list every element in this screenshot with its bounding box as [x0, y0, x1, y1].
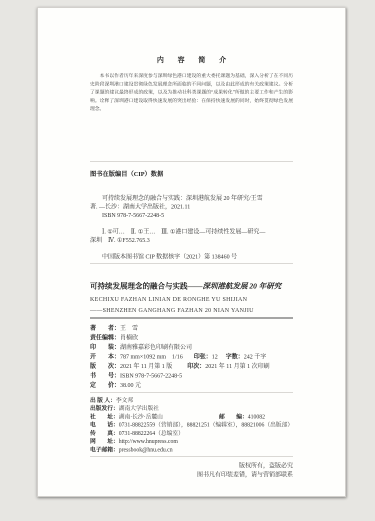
publisher-row-address: 社 址：湖南·长沙·岳麓山邮 编：410082	[90, 413, 293, 421]
detail-label-impression: 印次：	[187, 362, 205, 369]
publisher-row-fax: 传 真：0731-88822264（总编室）	[90, 429, 293, 437]
publisher-value: 湖南·长沙·岳麓山	[119, 414, 163, 420]
book-title-main: 可持续发展理念的融合与实践	[90, 282, 188, 290]
publisher-info-list: 出 版 人：李文邦 出版发行：湖南大学出版社 社 址：湖南·长沙·岳麓山邮 编：…	[90, 396, 293, 454]
intro-paragraph: 本书以作者历年来深度参与深圳绿色港口建设的重大委托课题为基础，深入分析了在不同历…	[90, 72, 293, 113]
misprint-notice: 图书凡有印装差错，请与营销部联系	[90, 470, 293, 479]
footer-notices: 版权所有，盗版必究 图书凡有印装差错，请与营销部联系	[90, 462, 293, 480]
publisher-value: 0731-88822264（总编室）	[119, 430, 184, 436]
publisher-row-email: 电子邮箱：pressbook@hnu.edu.cn	[90, 446, 293, 454]
publisher-value: 李文邦	[116, 397, 133, 403]
detail-row-editor: 责任编辑：肖楠欣	[90, 333, 293, 343]
detail-label: 责任编辑：	[90, 334, 120, 341]
detail-row-edition: 版 次：2021 年 11 月第 1 版印次：2021 年 11 月第 1 次印…	[90, 361, 293, 371]
cip-classification-block: Ⅰ. ①可… Ⅱ. ①王… Ⅲ. ①港口建设—可持续性发展—研究— 深圳 Ⅳ. …	[90, 227, 293, 244]
publisher-label: 出版发行：	[90, 406, 119, 412]
detail-row-price: 定 价：38.00 元	[90, 380, 293, 390]
postcode-label: 邮 编：	[219, 414, 248, 420]
publisher-value: http://www.hnupress.com	[119, 439, 178, 445]
detail-value: 肖楠欣	[120, 334, 138, 341]
detail-row-format: 开 本：787 mm×1092 mm 1/16印张：12字数：242 千字	[90, 352, 293, 362]
publisher-value: pressbook@hnu.edu.cn	[119, 447, 173, 453]
detail-label: 定 价：	[90, 381, 120, 388]
cip-record-block: 中国版本图书馆 CIP 数据核字（2021）第 138460 号	[90, 252, 293, 261]
detail-value: ISBN 978-7-5667-2248-5	[120, 372, 182, 379]
book-title: 可持续发展理念的融合与实践——深圳港航发展 20 年研究	[90, 281, 293, 291]
publisher-label: 社 址：	[90, 414, 119, 420]
detail-row-isbn: 书 号：ISBN 978-7-5667-2248-5	[90, 371, 293, 381]
detail-label: 书 号：	[90, 372, 120, 379]
publisher-value: 湖南大学出版社	[119, 406, 159, 412]
detail-label-sheets: 印张：	[194, 353, 212, 360]
publisher-row-website: 网 址：http://www.hnupress.com	[90, 438, 293, 446]
publisher-label: 传 真：	[90, 430, 119, 436]
book-copyright-page: 内 容 简 介 本书以作者历年来深度参与深圳绿色港口建设的重大委托课题为基础，深…	[37, 7, 346, 497]
divider-below-title	[90, 317, 293, 318]
detail-value: 湖南雅嘉彩色印刷有限公司	[120, 343, 192, 350]
publisher-value: 0731-88822559（营销部），88821251（编辑室），8882100…	[119, 422, 293, 428]
divider-below-cip	[90, 263, 293, 264]
divider-above-cip	[90, 161, 293, 162]
cip-entry-line1: 可持续发展理念的融合与实践：深圳港航发展 20 年研究/王雪	[90, 194, 293, 203]
page-content: 内 容 简 介 本书以作者历年来深度参与深圳绿色港口建设的重大委托课题为基础，深…	[38, 8, 346, 479]
postcode-value: 410082	[248, 414, 265, 420]
detail-label: 开 本：	[90, 353, 120, 360]
book-title-subtitle: ——深圳港航发展 20 年研究	[188, 282, 282, 290]
detail-value: 787 mm×1092 mm 1/16	[120, 353, 183, 360]
detail-value-impression: 2021 年 11 月第 1 次印刷	[205, 362, 269, 369]
cip-entry-block: 可持续发展理念的融合与实践：深圳港航发展 20 年研究/王雪 著. —长沙：湖南…	[90, 194, 293, 220]
intro-heading: 内 容 简 介	[90, 56, 293, 65]
detail-value-sheets: 12	[212, 353, 218, 360]
imprint-details-list: 著 者：王 雪 责任编辑：肖楠欣 印 装：湖南雅嘉彩色印刷有限公司 开 本：78…	[90, 323, 293, 390]
cip-record-number: 中国版本图书馆 CIP 数据核字（2021）第 138460 号	[90, 252, 293, 261]
detail-label: 印 装：	[90, 343, 120, 350]
cip-heading: 图书在版编目（CIP）数据	[90, 170, 293, 178]
cip-class-line2: 深圳 Ⅳ. ①F552.765.3	[90, 236, 293, 245]
detail-value: 2021 年 11 月第 1 版	[120, 362, 172, 369]
publisher-row-house: 出版发行：湖南大学出版社	[90, 405, 293, 413]
cip-isbn-line: ISBN 978-7-5667-2248-5	[90, 211, 293, 220]
divider-above-publisher	[90, 392, 293, 393]
detail-value: 38.00 元	[120, 381, 141, 388]
screenshot-background: { "intro": { "heading": "内 容 简 介", "body…	[0, 0, 375, 521]
publisher-label: 网 址：	[90, 439, 119, 445]
pinyin-title-line1: KECHIXU FAZHAN LINIAN DE RONGHE YU SHIJI…	[90, 295, 293, 302]
postcode-pair: 邮 编：410082	[219, 413, 265, 421]
cip-entry-line2: 著. —长沙：湖南大学出版社，2021.11	[90, 202, 293, 211]
copyright-notice: 版权所有，盗版必究	[90, 462, 293, 471]
publisher-row-phone: 电 话：0731-88822559（营销部），88821251（编辑室），888…	[90, 421, 293, 429]
page-inner: 内 容 简 介 本书以作者历年来深度参与深圳绿色港口建设的重大委托课题为基础，深…	[38, 8, 346, 497]
pinyin-title-line2: ——SHENZHEN GANGHANG FAZHAN 20 NIAN YANJI…	[90, 306, 293, 313]
detail-label: 版 次：	[90, 362, 120, 369]
detail-row-author: 著 者：王 雪	[90, 323, 293, 333]
publisher-label: 电 话：	[90, 422, 119, 428]
detail-label: 著 者：	[90, 324, 120, 331]
divider-above-footer	[90, 456, 293, 457]
detail-row-printing: 印 装：湖南雅嘉彩色印刷有限公司	[90, 342, 293, 352]
detail-label-wordcount: 字数：	[226, 353, 244, 360]
publisher-label: 出 版 人：	[90, 397, 116, 403]
detail-value-wordcount: 242 千字	[244, 353, 267, 360]
cip-class-line1: Ⅰ. ①可… Ⅱ. ①王… Ⅲ. ①港口建设—可持续性发展—研究—	[90, 227, 293, 236]
publisher-label: 电子邮箱：	[90, 447, 119, 453]
detail-value: 王 雪	[120, 324, 138, 331]
publisher-row-person: 出 版 人：李文邦	[90, 396, 293, 404]
